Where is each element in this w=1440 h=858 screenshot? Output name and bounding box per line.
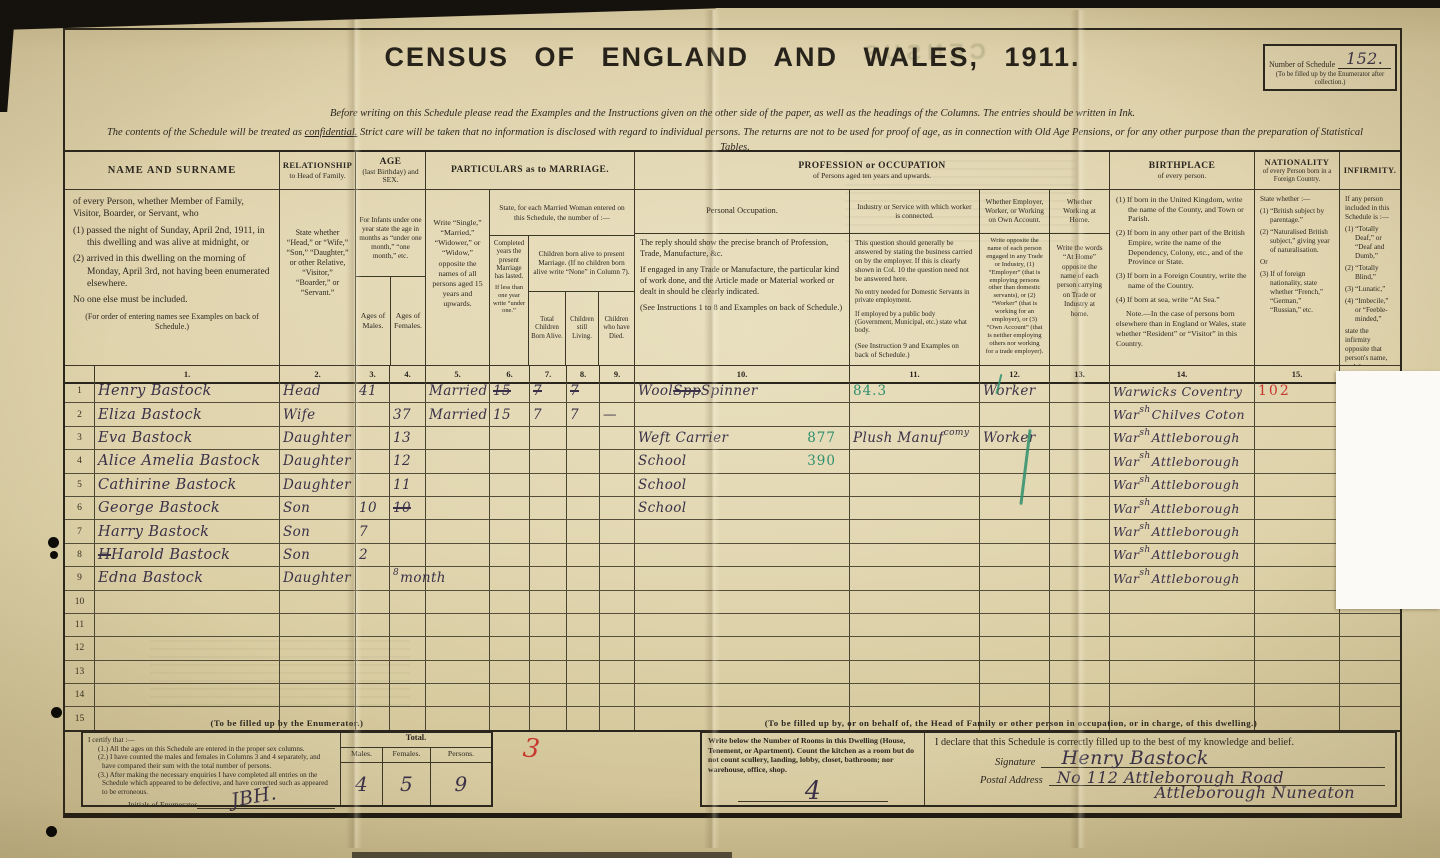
initials-label: Initials of Enumerator [128, 800, 197, 809]
col-header-age: AGE(last Birthday) and SEX. [356, 152, 426, 190]
cell-ind [850, 403, 980, 425]
cell-rel: Daughter [280, 567, 356, 589]
cell-emp [980, 591, 1050, 613]
cell-occ [635, 661, 850, 683]
cell-emp [980, 567, 1050, 589]
cell-born [530, 661, 567, 683]
cell-occ: School [635, 497, 850, 519]
cell-name [95, 661, 280, 683]
cell-f [390, 520, 426, 542]
schedule-number-note: (To be filled up by the Enumerator after… [1269, 71, 1391, 87]
cell-rel: Daughter [280, 427, 356, 449]
cell-name [95, 684, 280, 706]
photo-edge [0, 0, 730, 30]
cell-yrs [490, 637, 530, 659]
cell-rel [280, 614, 356, 636]
cell-f [390, 614, 426, 636]
cell-liv [567, 520, 600, 542]
cell-f: 13 [390, 427, 426, 449]
cell-nat [1255, 450, 1340, 472]
row-number: 1 [65, 380, 95, 402]
cell-died [600, 450, 635, 472]
cell-yrs [490, 591, 530, 613]
working-at-home-description: Whether Working at Home. Write the words… [1050, 190, 1110, 366]
row-number: 8 [65, 544, 95, 566]
cell-ind [850, 520, 980, 542]
cell-ind: 84.3 [850, 380, 980, 402]
cell-m: 41 [356, 380, 390, 402]
cell-occ [635, 403, 850, 425]
cell-nat [1255, 544, 1340, 566]
employer-worker-description: Whether Employer, Worker, or Working on … [980, 190, 1050, 366]
cell-died [600, 591, 635, 613]
cell-home [1050, 684, 1110, 706]
enumerator-heading: (To be filled up by the Enumerator.) [81, 718, 493, 728]
cell-occ [635, 591, 850, 613]
table-row: 7Harry BastockSon7Warsh Attleborough [65, 520, 1400, 543]
col-header-nationality: NATIONALITYof every Person born in a For… [1255, 152, 1340, 190]
cell-name: Harry Bastock [95, 520, 280, 542]
cell-born [530, 591, 567, 613]
cell-emp: Worker [980, 380, 1050, 402]
schedule-number-label: Number of Schedule [1269, 60, 1335, 69]
cell-birth: Warsh Chilves Coton [1110, 403, 1255, 425]
cell-inf [1340, 661, 1400, 683]
marriage-write-description: Write “Single,” “Married,” “Widower,” or… [426, 190, 490, 366]
cell-f [390, 661, 426, 683]
punch-hole [46, 826, 57, 837]
cell-m [356, 637, 390, 659]
cell-f [390, 591, 426, 613]
cell-nat [1255, 614, 1340, 636]
cell-f: 8month [390, 567, 426, 589]
cell-marr [426, 520, 490, 542]
cell-marr [426, 427, 490, 449]
females-label: Females. [383, 748, 431, 763]
cell-yrs: 15 [490, 403, 530, 425]
cell-nat [1255, 591, 1340, 613]
cell-yrs [490, 497, 530, 519]
cell-died [600, 520, 635, 542]
table-body: 1Henry BastockHead41Married1577Wool Spp … [65, 380, 1400, 732]
cell-occ: Weft Carrier877 [635, 427, 850, 449]
cell-f: 10 [390, 497, 426, 519]
cell-marr [426, 637, 490, 659]
cell-born: 7 [530, 380, 567, 402]
cell-m [356, 661, 390, 683]
white-patch [1336, 371, 1440, 609]
cell-home [1050, 474, 1110, 496]
cell-occ [635, 614, 850, 636]
cell-liv [567, 474, 600, 496]
cell-nat [1255, 684, 1340, 706]
cell-occ [635, 567, 850, 589]
table-row: 2Eliza BastockWife37Married1577—Warsh Ch… [65, 403, 1400, 426]
table-row: 10 [65, 591, 1400, 614]
cell-rel [280, 637, 356, 659]
table-row: 6George BastockSon1010SchoolWarsh Attleb… [65, 497, 1400, 520]
cell-name: Eva Bastock [95, 427, 280, 449]
col-header-relationship: RELATIONSHIPto Head of Family. [280, 152, 356, 190]
cell-birth [1110, 614, 1255, 636]
cell-home [1050, 520, 1110, 542]
cell-occ [635, 544, 850, 566]
cell-ind [850, 614, 980, 636]
census-form-photo: CENSUS CENSUS OF ENGLAND AND WALES, 1911… [0, 0, 1440, 858]
cell-occ: School390 [635, 450, 850, 472]
cell-rel [280, 591, 356, 613]
cell-occ [635, 637, 850, 659]
cell-emp [980, 520, 1050, 542]
cell-born [530, 427, 567, 449]
row-number: 10 [65, 591, 95, 613]
cell-home [1050, 567, 1110, 589]
cell-rel: Daughter [280, 474, 356, 496]
cell-f: 12 [390, 450, 426, 472]
cell-home [1050, 544, 1110, 566]
col-header-infirmity: INFIRMITY. [1340, 152, 1400, 190]
infirmity-description: If any person included in this Schedule … [1340, 190, 1400, 366]
cell-m [356, 614, 390, 636]
cell-birth: Warsh Attleborough [1110, 520, 1255, 542]
cell-f: 37 [390, 403, 426, 425]
cell-died [600, 614, 635, 636]
row-number: 4 [65, 450, 95, 472]
cell-yrs [490, 614, 530, 636]
cell-m [356, 450, 390, 472]
ages-of-females-header: Ages of Females. [391, 277, 425, 365]
cell-ind [850, 637, 980, 659]
cell-birth: Warsh Attleborough [1110, 427, 1255, 449]
cell-emp [980, 544, 1050, 566]
cell-emp [980, 403, 1050, 425]
cell-marr [426, 567, 490, 589]
cell-m [356, 567, 390, 589]
cell-name: Edna Bastock [95, 567, 280, 589]
cell-home [1050, 450, 1110, 472]
children-died-header: Children who have Died. [599, 292, 634, 365]
cell-name: H Harold Bastock [95, 544, 280, 566]
table-row: 13 [65, 661, 1400, 684]
cell-nat: 102 [1255, 380, 1340, 402]
table-row: 12 [65, 637, 1400, 660]
cell-nat [1255, 403, 1340, 425]
cell-yrs: 15 [490, 380, 530, 402]
cell-ind [850, 544, 980, 566]
cell-born [530, 497, 567, 519]
cell-liv [567, 661, 600, 683]
children-born-header: Total Children Born Alive. [529, 292, 566, 365]
cell-name: Cathirine Bastock [95, 474, 280, 496]
row-number: 9 [65, 567, 95, 589]
males-total: 4 [341, 763, 383, 805]
table-header: NAME AND SURNAME RELATIONSHIPto Head of … [65, 150, 1400, 384]
table-row: 14 [65, 684, 1400, 707]
table-row: 8H Harold BastockSon2Warsh Attleborough [65, 544, 1400, 567]
postal-address-label: Postal Address [980, 775, 1043, 786]
cell-birth: Warsh Attleborough [1110, 544, 1255, 566]
declaration-heading: (To be filled up by, or on behalf of, th… [637, 718, 1385, 728]
cell-liv [567, 427, 600, 449]
cell-home [1050, 637, 1110, 659]
cell-born [530, 684, 567, 706]
cell-nat [1255, 520, 1340, 542]
totals-table: Total. Males. Females. Persons. 4 5 9 [341, 733, 491, 805]
cell-died [600, 474, 635, 496]
cell-m [356, 403, 390, 425]
cell-ind [850, 474, 980, 496]
persons-total: 9 [431, 763, 491, 805]
cell-f [390, 544, 426, 566]
cell-liv [567, 497, 600, 519]
cell-died [600, 637, 635, 659]
cell-rel: Daughter [280, 450, 356, 472]
cell-rel: Son [280, 497, 356, 519]
cell-emp [980, 614, 1050, 636]
cell-home [1050, 614, 1110, 636]
cell-nat [1255, 497, 1340, 519]
cell-emp [980, 684, 1050, 706]
cell-liv [567, 591, 600, 613]
cell-birth: Warwicks Coventry [1110, 380, 1255, 402]
cell-born [530, 520, 567, 542]
cell-ind [850, 497, 980, 519]
nationality-description: State whether :— (1) “British subject by… [1255, 190, 1340, 366]
cell-liv: 7 [567, 380, 600, 402]
cell-yrs [490, 661, 530, 683]
cell-birth: Warsh Attleborough [1110, 497, 1255, 519]
cell-died [600, 684, 635, 706]
cell-name [95, 591, 280, 613]
cell-ind [850, 591, 980, 613]
cell-rel: Wife [280, 403, 356, 425]
row-number: 5 [65, 474, 95, 496]
cell-occ: School [635, 474, 850, 496]
cell-m: 7 [356, 520, 390, 542]
cell-f [390, 684, 426, 706]
cell-marr [426, 450, 490, 472]
ages-of-males-header: Ages of Males. [356, 277, 391, 365]
cell-rel: Son [280, 520, 356, 542]
persons-label: Persons. [431, 748, 491, 763]
cell-born [530, 567, 567, 589]
page-title: CENSUS OF ENGLAND AND WALES, 1911. [65, 42, 1400, 73]
cell-liv [567, 684, 600, 706]
punch-hole [51, 707, 62, 718]
punch-hole [48, 537, 59, 548]
col-header-name: NAME AND SURNAME [65, 152, 280, 190]
instruction-line: Before writing on this Schedule please r… [65, 108, 1400, 119]
cell-liv [567, 450, 600, 472]
cell-nat [1255, 637, 1340, 659]
cell-yrs [490, 567, 530, 589]
cell-birth: Warsh Attleborough [1110, 450, 1255, 472]
cell-died [600, 567, 635, 589]
cell-name: George Bastock [95, 497, 280, 519]
cell-ind [850, 450, 980, 472]
cell-home [1050, 591, 1110, 613]
photo-edge [0, 0, 16, 112]
cell-nat [1255, 427, 1340, 449]
row-number: 12 [65, 637, 95, 659]
row-number: 13 [65, 661, 95, 683]
cell-name [95, 637, 280, 659]
cell-nat [1255, 474, 1340, 496]
cell-rel [280, 684, 356, 706]
cell-birth: Warsh Attleborough [1110, 567, 1255, 589]
red-annotation: 3 [521, 733, 541, 765]
cell-home [1050, 497, 1110, 519]
cell-died [600, 427, 635, 449]
cell-emp [980, 497, 1050, 519]
rooms-box: Write below the Number of Rooms in this … [702, 733, 925, 805]
col-header-profession: PROFESSION or OCCUPATIONof Persons aged … [635, 152, 1110, 190]
cell-nat [1255, 661, 1340, 683]
rooms-value: 4 [805, 776, 821, 805]
cell-occ [635, 684, 850, 706]
cell-birth [1110, 591, 1255, 613]
cell-occ [635, 520, 850, 542]
cell-name: Henry Bastock [95, 380, 280, 402]
table-row: 5Cathirine BastockDaughter11SchoolWarsh … [65, 474, 1400, 497]
industry-description: Industry or Service with which worker is… [850, 190, 980, 366]
col-header-marriage: PARTICULARS as to MARRIAGE. [426, 152, 635, 190]
postal-address-line1: No 112 Attleborough Road [1057, 768, 1284, 787]
cell-rel: Son [280, 544, 356, 566]
cell-liv: 7 [567, 403, 600, 425]
cell-marr [426, 591, 490, 613]
cell-yrs [490, 474, 530, 496]
cell-f [390, 637, 426, 659]
cell-home [1050, 403, 1110, 425]
cell-marr [426, 474, 490, 496]
cell-born: 7 [530, 403, 567, 425]
relationship-description: State whether “Head,” or “Wife,” “Son,” … [280, 190, 356, 366]
table-row: 1Henry BastockHead41Married1577Wool Spp … [65, 380, 1400, 403]
cell-inf [1340, 637, 1400, 659]
cell-yrs [490, 544, 530, 566]
cell-ind [850, 661, 980, 683]
name-column-description: of every Person, whether Member of Famil… [65, 190, 280, 366]
table-row: 4Alice Amelia BastockDaughter12School390… [65, 450, 1400, 473]
birthplace-description: (1) If born in the United Kingdom, write… [1110, 190, 1255, 366]
cell-ind: Plush Manufcomy [850, 427, 980, 449]
cell-m [356, 684, 390, 706]
total-label: Total. [341, 733, 491, 748]
cell-emp [980, 450, 1050, 472]
cell-name: Eliza Bastock [95, 403, 280, 425]
cell-marr [426, 614, 490, 636]
cell-marr: Married [426, 403, 490, 425]
punch-hole [50, 551, 58, 559]
marriage-children-description: State, for each Married Woman entered on… [490, 190, 635, 366]
males-label: Males. [341, 748, 383, 763]
cell-yrs [490, 520, 530, 542]
cell-marr: Married [426, 380, 490, 402]
age-description: For Infants under one year state the age… [356, 190, 426, 366]
cell-died [600, 497, 635, 519]
cell-born [530, 544, 567, 566]
row-number: 3 [65, 427, 95, 449]
cell-name [95, 614, 280, 636]
cell-emp [980, 474, 1050, 496]
cell-ind [850, 684, 980, 706]
cell-f [390, 380, 426, 402]
signature-label: Signature [995, 757, 1035, 768]
cell-m [356, 474, 390, 496]
cell-nat [1255, 567, 1340, 589]
females-total: 5 [383, 763, 431, 805]
cell-born [530, 474, 567, 496]
photo-edge [352, 852, 732, 858]
cell-died [600, 380, 635, 402]
cell-liv [567, 567, 600, 589]
cell-liv [567, 637, 600, 659]
cell-emp [980, 661, 1050, 683]
cell-died [600, 544, 635, 566]
cell-born [530, 637, 567, 659]
cell-name: Alice Amelia Bastock [95, 450, 280, 472]
cell-ind [850, 567, 980, 589]
row-number: 14 [65, 684, 95, 706]
signature-value: Henry Bastock [1061, 747, 1208, 769]
cell-birth [1110, 661, 1255, 683]
cell-birth: Warsh Attleborough [1110, 474, 1255, 496]
cell-f: 11 [390, 474, 426, 496]
declaration-section: (To be filled up by, or on behalf of, th… [637, 718, 1385, 807]
cell-rel: Head [280, 380, 356, 402]
cell-m: 2 [356, 544, 390, 566]
cell-m: 10 [356, 497, 390, 519]
cell-m [356, 427, 390, 449]
row-number: 11 [65, 614, 95, 636]
cell-occ: Wool Spp Spinner [635, 380, 850, 402]
col-header-birthplace: BIRTHPLACEof every person. [1110, 152, 1255, 190]
cell-home [1050, 661, 1110, 683]
cell-emp: Worker [980, 427, 1050, 449]
table-row: 11 [65, 614, 1400, 637]
row-number: 6 [65, 497, 95, 519]
schedule-number-box: Number of Schedule 152. (To be filled up… [1263, 44, 1397, 91]
cell-home [1050, 380, 1110, 402]
cell-liv [567, 614, 600, 636]
cell-yrs [490, 684, 530, 706]
row-number: 7 [65, 520, 95, 542]
row-number: 2 [65, 403, 95, 425]
table-row: 3Eva BastockDaughter13Weft Carrier877Plu… [65, 427, 1400, 450]
schedule-number-value: 152. [1338, 49, 1391, 69]
cell-liv [567, 544, 600, 566]
cell-marr [426, 661, 490, 683]
cell-marr [426, 544, 490, 566]
cell-birth [1110, 684, 1255, 706]
printed-frame: CENSUS OF ENGLAND AND WALES, 1911. Numbe… [63, 28, 1402, 818]
table-row: 9Edna BastockDaughter8monthWarsh Attlebo… [65, 567, 1400, 590]
cell-marr [426, 497, 490, 519]
cell-yrs [490, 450, 530, 472]
cell-m [356, 591, 390, 613]
cell-born [530, 450, 567, 472]
children-living-header: Children still Living. [566, 292, 599, 365]
personal-occupation-description: Personal Occupation. The reply should sh… [635, 190, 850, 366]
cell-emp [980, 637, 1050, 659]
cell-born [530, 614, 567, 636]
cell-yrs [490, 427, 530, 449]
cell-home [1050, 427, 1110, 449]
enumerator-section: (To be filled up by the Enumerator.) I c… [81, 718, 493, 807]
cell-inf [1340, 614, 1400, 636]
cell-died: — [600, 403, 635, 425]
